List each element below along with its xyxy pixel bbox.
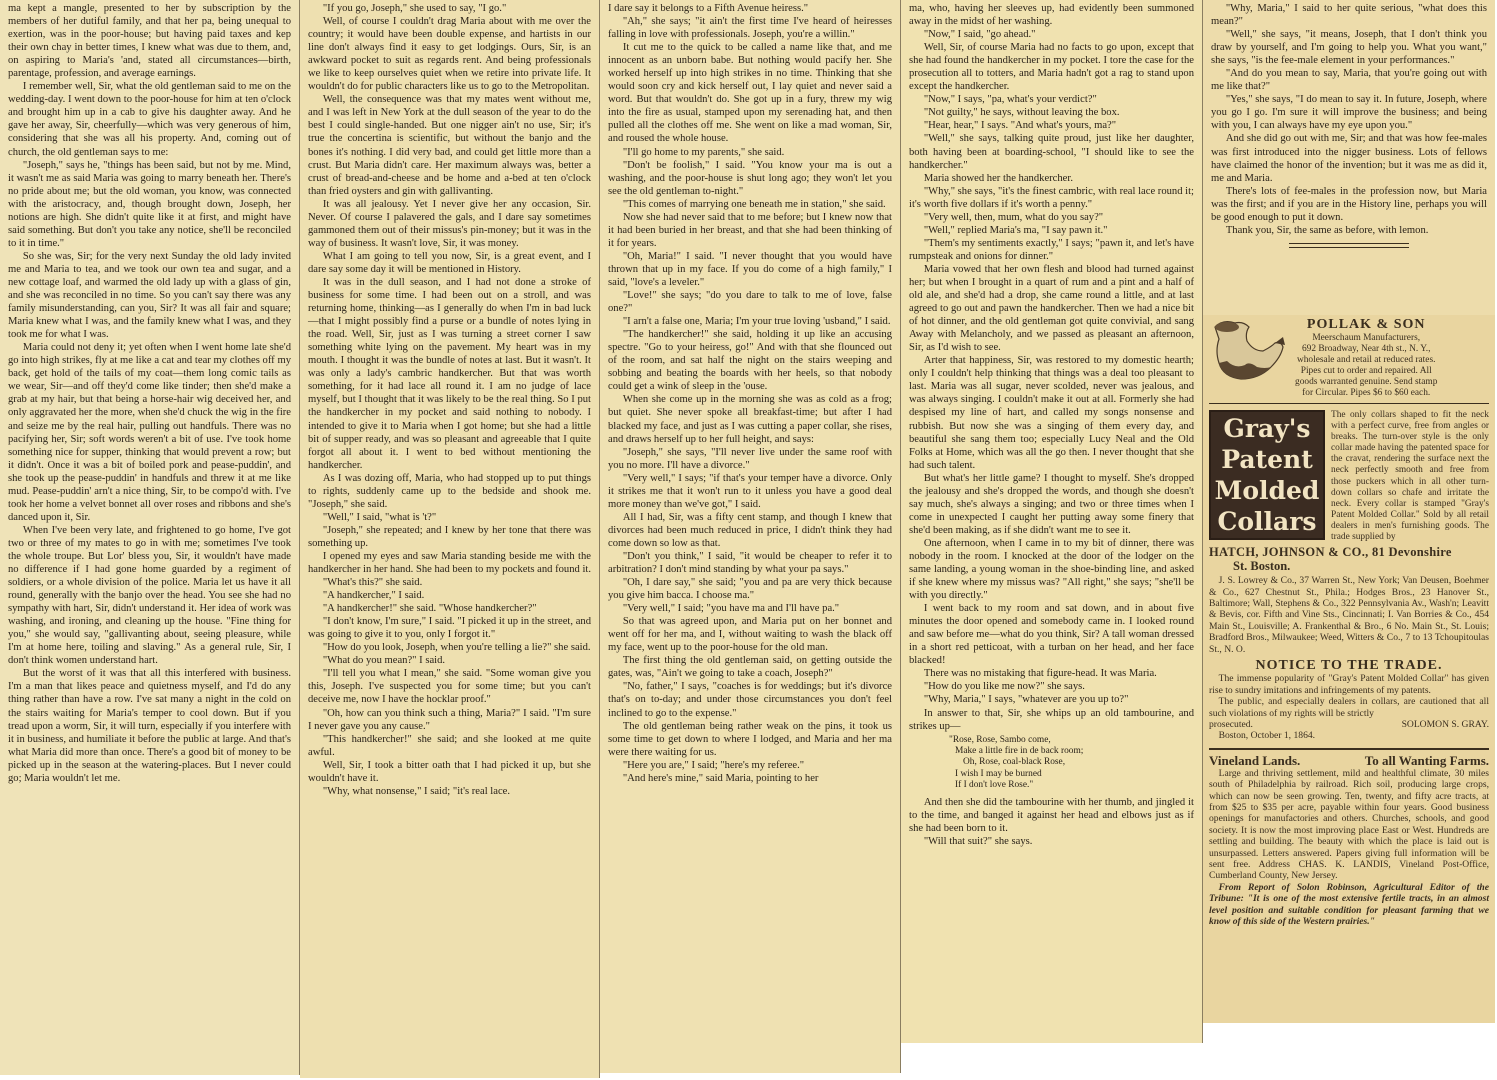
paragraph: When I've been very late, and frightened… bbox=[8, 524, 291, 668]
ad-line: goods warranted genuine. Send stamp bbox=[1295, 377, 1437, 388]
paragraph: "Very well," I says; "if that's your tem… bbox=[608, 472, 892, 511]
paragraph: "Oh, Maria!" I said. "I never thought th… bbox=[608, 250, 892, 289]
notice-prosecuted: prosecuted. bbox=[1209, 719, 1253, 730]
notice-title: NOTICE TO THE TRADE. bbox=[1209, 660, 1489, 671]
verse-line: If I don't love Rose." bbox=[949, 780, 1194, 791]
paragraph: What I am going to tell you now, Sir, is… bbox=[308, 250, 591, 276]
vineland-title-right: To all Wanting Farms. bbox=[1365, 753, 1489, 768]
paragraph: "How do you look, Joseph, when you're te… bbox=[308, 641, 591, 654]
paragraph: "Yes," she says, "I do mean to say it. I… bbox=[1211, 93, 1487, 132]
paragraph: So she was, Sir; for the very next Sunda… bbox=[8, 250, 291, 341]
article-column-4: ma, who, having her sleeves up, had evid… bbox=[901, 0, 1203, 1043]
paragraph: "This handkercher!" she said; and she lo… bbox=[308, 733, 591, 759]
paragraph: Maria vowed that her own flesh and blood… bbox=[909, 263, 1194, 354]
paragraph: "Love!" she says; "do you dare to talk t… bbox=[608, 289, 892, 315]
ad-divider bbox=[1209, 748, 1489, 750]
paragraph: "This comes of marrying one beneath me i… bbox=[608, 198, 892, 211]
paragraph: ma kept a mangle, presented to her by su… bbox=[8, 2, 291, 80]
vineland-body: Large and thriving settlement, mild and … bbox=[1209, 768, 1489, 882]
paragraph: "Now," I says, "pa, what's your verdict?… bbox=[909, 93, 1194, 106]
paragraph: In answer to that, Sir, she whips up an … bbox=[909, 707, 1194, 733]
paragraph: I dare say it belongs to a Fifth Avenue … bbox=[608, 2, 892, 15]
logo-line: Gray's bbox=[1224, 413, 1311, 444]
paragraph: But what's her little game? I thought to… bbox=[909, 472, 1194, 537]
paragraph: "Will that suit?" she says. bbox=[909, 835, 1194, 848]
meerschaum-pipe-icon bbox=[1209, 317, 1289, 385]
paragraph: It was all jealousy. Yet I never give he… bbox=[308, 198, 591, 250]
logo-line: Collars bbox=[1217, 506, 1316, 537]
paragraph: "Well," I said, "what is 't?" bbox=[308, 511, 591, 524]
paragraph: "Joseph," she says, "I'll never live und… bbox=[608, 446, 892, 472]
notice-dateline: Boston, October 1, 1864. bbox=[1209, 730, 1489, 741]
vineland-title: Vineland Lands. To all Wanting Farms. bbox=[1209, 753, 1489, 768]
paragraph: So that was agreed upon, and Maria put o… bbox=[608, 615, 892, 654]
notice-paragraph: The immense popularity of "Gray's Patent… bbox=[1209, 673, 1489, 696]
paragraph: "If you go, Joseph," she used to say, "I… bbox=[308, 2, 591, 15]
paragraph: The old gentleman being rather weak on t… bbox=[608, 720, 892, 759]
paragraph: Maria showed her the handkercher. bbox=[909, 172, 1194, 185]
logo-line: Molded bbox=[1215, 475, 1320, 506]
paragraph: "Why, Maria," I said to her quite seriou… bbox=[1211, 2, 1487, 28]
paragraph: "I'll tell you what I mean," she said. "… bbox=[308, 667, 591, 706]
paragraph: "A handkercher!" she said. "Whose handke… bbox=[308, 602, 591, 615]
advertiser-name: POLLAK & SON bbox=[1295, 317, 1437, 333]
paragraph: "Very well, then, mum, what do you say?" bbox=[909, 211, 1194, 224]
paragraph: There's lots of fee-males in the profess… bbox=[1211, 185, 1487, 224]
ad-line: wholesale and retail at reduced rates. bbox=[1295, 355, 1437, 366]
vineland-title-left: Vineland Lands. bbox=[1209, 753, 1300, 768]
paragraph: "Why, what nonsense," I said; "it's real… bbox=[308, 785, 591, 798]
ad-line: for Circular. Pipes $6 to $60 each. bbox=[1295, 388, 1437, 399]
paragraph: "Hear, hear," I says. "And what's yours,… bbox=[909, 119, 1194, 132]
paragraph: I remember well, Sir, what the old gentl… bbox=[8, 80, 291, 158]
vineland-advertisement: Vineland Lands. To all Wanting Farms. La… bbox=[1209, 753, 1489, 928]
verse-line: Oh, Rose, coal-black Rose, bbox=[949, 757, 1194, 768]
paragraph: And she did go out with me, Sir; and tha… bbox=[1211, 132, 1487, 184]
ad-line: Meerschaum Manufacturers, bbox=[1295, 333, 1437, 344]
distributor-city: St. Boston. bbox=[1209, 559, 1489, 573]
paragraph: "A handkercher," I said. bbox=[308, 589, 591, 602]
paragraph: But the worst of it was that all this in… bbox=[8, 667, 291, 784]
paragraph: "Don't be foolish," I said. "You know yo… bbox=[608, 159, 892, 198]
paragraph: "Here you are," I said; "here's my refer… bbox=[608, 759, 892, 772]
paragraph: "Oh, I dare say," she said; "you and pa … bbox=[608, 576, 892, 602]
paragraph: One afternoon, when I came in to my bit … bbox=[909, 537, 1194, 602]
paragraph: "Well," replied Maria's ma, "I say pawn … bbox=[909, 224, 1194, 237]
paragraph: I opened my eyes and saw Maria standing … bbox=[308, 550, 591, 576]
ad-line: 692 Broadway, Near 4th st., N. Y., bbox=[1295, 344, 1437, 355]
paragraph: "I don't know, I'm sure," I said. "I pic… bbox=[308, 615, 591, 641]
paragraph: Well, of course I couldn't drag Maria ab… bbox=[308, 15, 591, 93]
gray-collars-logo: Gray's Patent Molded Collars bbox=[1209, 410, 1325, 540]
paragraph: Well, Sir, of course Maria had no facts … bbox=[909, 41, 1194, 93]
paragraph: ma, who, having her sleeves up, had evid… bbox=[909, 2, 1194, 28]
article-column-3: I dare say it belongs to a Fifth Avenue … bbox=[600, 0, 901, 1073]
paragraph: I went back to my room and sat down, and… bbox=[909, 602, 1194, 667]
end-rule bbox=[1289, 243, 1409, 248]
paragraph: "And here's mine," said Maria, pointing … bbox=[608, 772, 892, 785]
logo-line: Patent bbox=[1221, 444, 1313, 475]
paragraph: "Joseph," she repeated; and I knew by he… bbox=[308, 524, 591, 550]
paragraph: Now she had never said that to me before… bbox=[608, 211, 892, 250]
paragraph: "Now," I said, "go ahead." bbox=[909, 28, 1194, 41]
paragraph: As I was dozing off, Maria, who had stop… bbox=[308, 472, 591, 511]
paragraph: And then she did the tambourine with her… bbox=[909, 796, 1194, 835]
paragraph: Maria could not deny it; yet often when … bbox=[8, 341, 291, 524]
paragraph: Well, Sir, I took a bitter oath that I h… bbox=[308, 759, 591, 785]
paragraph: It was in the dull season, and I had not… bbox=[308, 276, 591, 472]
advertisements-column: POLLAK & SON Meerschaum Manufacturers, 6… bbox=[1203, 315, 1495, 1023]
paragraph: "Why, Maria," I says, "whatever are you … bbox=[909, 693, 1194, 706]
paragraph: When she come up in the morning she was … bbox=[608, 393, 892, 445]
paragraph: "Don't you think," I said, "it would be … bbox=[608, 550, 892, 576]
song-verse: "Rose, Rose, Sambo come, Make a little f… bbox=[949, 735, 1194, 792]
article-column-1: ma kept a mangle, presented to her by su… bbox=[0, 0, 300, 1075]
paragraph: "Not guilty," he says, without leaving t… bbox=[909, 106, 1194, 119]
paragraph: "What's this?" she said. bbox=[308, 576, 591, 589]
notice-to-trade: NOTICE TO THE TRADE. The immense popular… bbox=[1209, 660, 1489, 742]
paragraph: "The handkercher!" she said, holding it … bbox=[608, 328, 892, 393]
paragraph: Thank you, Sir, the same as before, with… bbox=[1211, 224, 1487, 237]
paragraph: It cut me to the quick to be called a na… bbox=[608, 41, 892, 145]
paragraph: "How do you like me now?" she says. bbox=[909, 680, 1194, 693]
paragraph: "Ah," she says; "it ain't the first time… bbox=[608, 15, 892, 41]
paragraph: There was no mistaking that figure-head.… bbox=[909, 667, 1194, 680]
paragraph: "I arn't a false one, Maria; I'm your tr… bbox=[608, 315, 892, 328]
article-column-2: "If you go, Joseph," she used to say, "I… bbox=[300, 0, 600, 1078]
pollak-advertisement: POLLAK & SON Meerschaum Manufacturers, 6… bbox=[1209, 317, 1489, 404]
paragraph: All I had, Sir, was a fifty cent stamp, … bbox=[608, 511, 892, 550]
paragraph: Well, the consequence was that my mates … bbox=[308, 93, 591, 197]
paragraph: "What do you mean?" I said. bbox=[308, 654, 591, 667]
gray-collars-advertisement: Gray's Patent Molded Collars The only co… bbox=[1209, 410, 1489, 543]
verse-line: I wish I may be burned bbox=[949, 769, 1194, 780]
distributor-name: HATCH, JOHNSON & CO., 81 Devonshire bbox=[1209, 545, 1489, 559]
paragraph: "Why," she says, "it's the finest cambri… bbox=[909, 185, 1194, 211]
notice-paragraph: The public, and especially dealers in co… bbox=[1209, 696, 1489, 719]
paragraph: "Oh, how can you think such a thing, Mar… bbox=[308, 707, 591, 733]
paragraph: "No, father," I says, "coaches is for we… bbox=[608, 680, 892, 719]
paragraph: "Well," she says, talking quite proud, j… bbox=[909, 132, 1194, 171]
paragraph: Arter that happiness, Sir, was restored … bbox=[909, 354, 1194, 471]
notice-signature: SOLOMON S. GRAY. bbox=[1402, 719, 1489, 730]
paragraph: The first thing the old gentleman said, … bbox=[608, 654, 892, 680]
signature-line: prosecuted. SOLOMON S. GRAY. bbox=[1209, 719, 1489, 730]
paragraph: "Well," she says, "it means, Joseph, tha… bbox=[1211, 28, 1487, 67]
paragraph: "Joseph," says he, "things has been said… bbox=[8, 159, 291, 250]
pollak-text: POLLAK & SON Meerschaum Manufacturers, 6… bbox=[1295, 317, 1437, 399]
article-column-5: "Why, Maria," I said to her quite seriou… bbox=[1203, 0, 1495, 315]
ad-line: Pipes cut to order and repaired. All bbox=[1295, 366, 1437, 377]
paragraph: "I'll go home to my parents," she said. bbox=[608, 146, 892, 159]
verse-line: Make a little fire in de back room; bbox=[949, 746, 1194, 757]
paragraph: "Them's my sentiments exactly," I says; … bbox=[909, 237, 1194, 263]
agents-list: J. S. Lowrey & Co., 37 Warren St., New Y… bbox=[1209, 575, 1489, 655]
vineland-quote: From Report of Solon Robinson, Agricultu… bbox=[1209, 882, 1489, 928]
paragraph: "Very well," I said; "you have ma and I'… bbox=[608, 602, 892, 615]
paragraph: "And do you mean to say, Maria, that you… bbox=[1211, 67, 1487, 93]
verse-line: "Rose, Rose, Sambo come, bbox=[949, 735, 1194, 746]
gray-collars-body: The only collars shaped to fit the neck … bbox=[1331, 410, 1489, 543]
